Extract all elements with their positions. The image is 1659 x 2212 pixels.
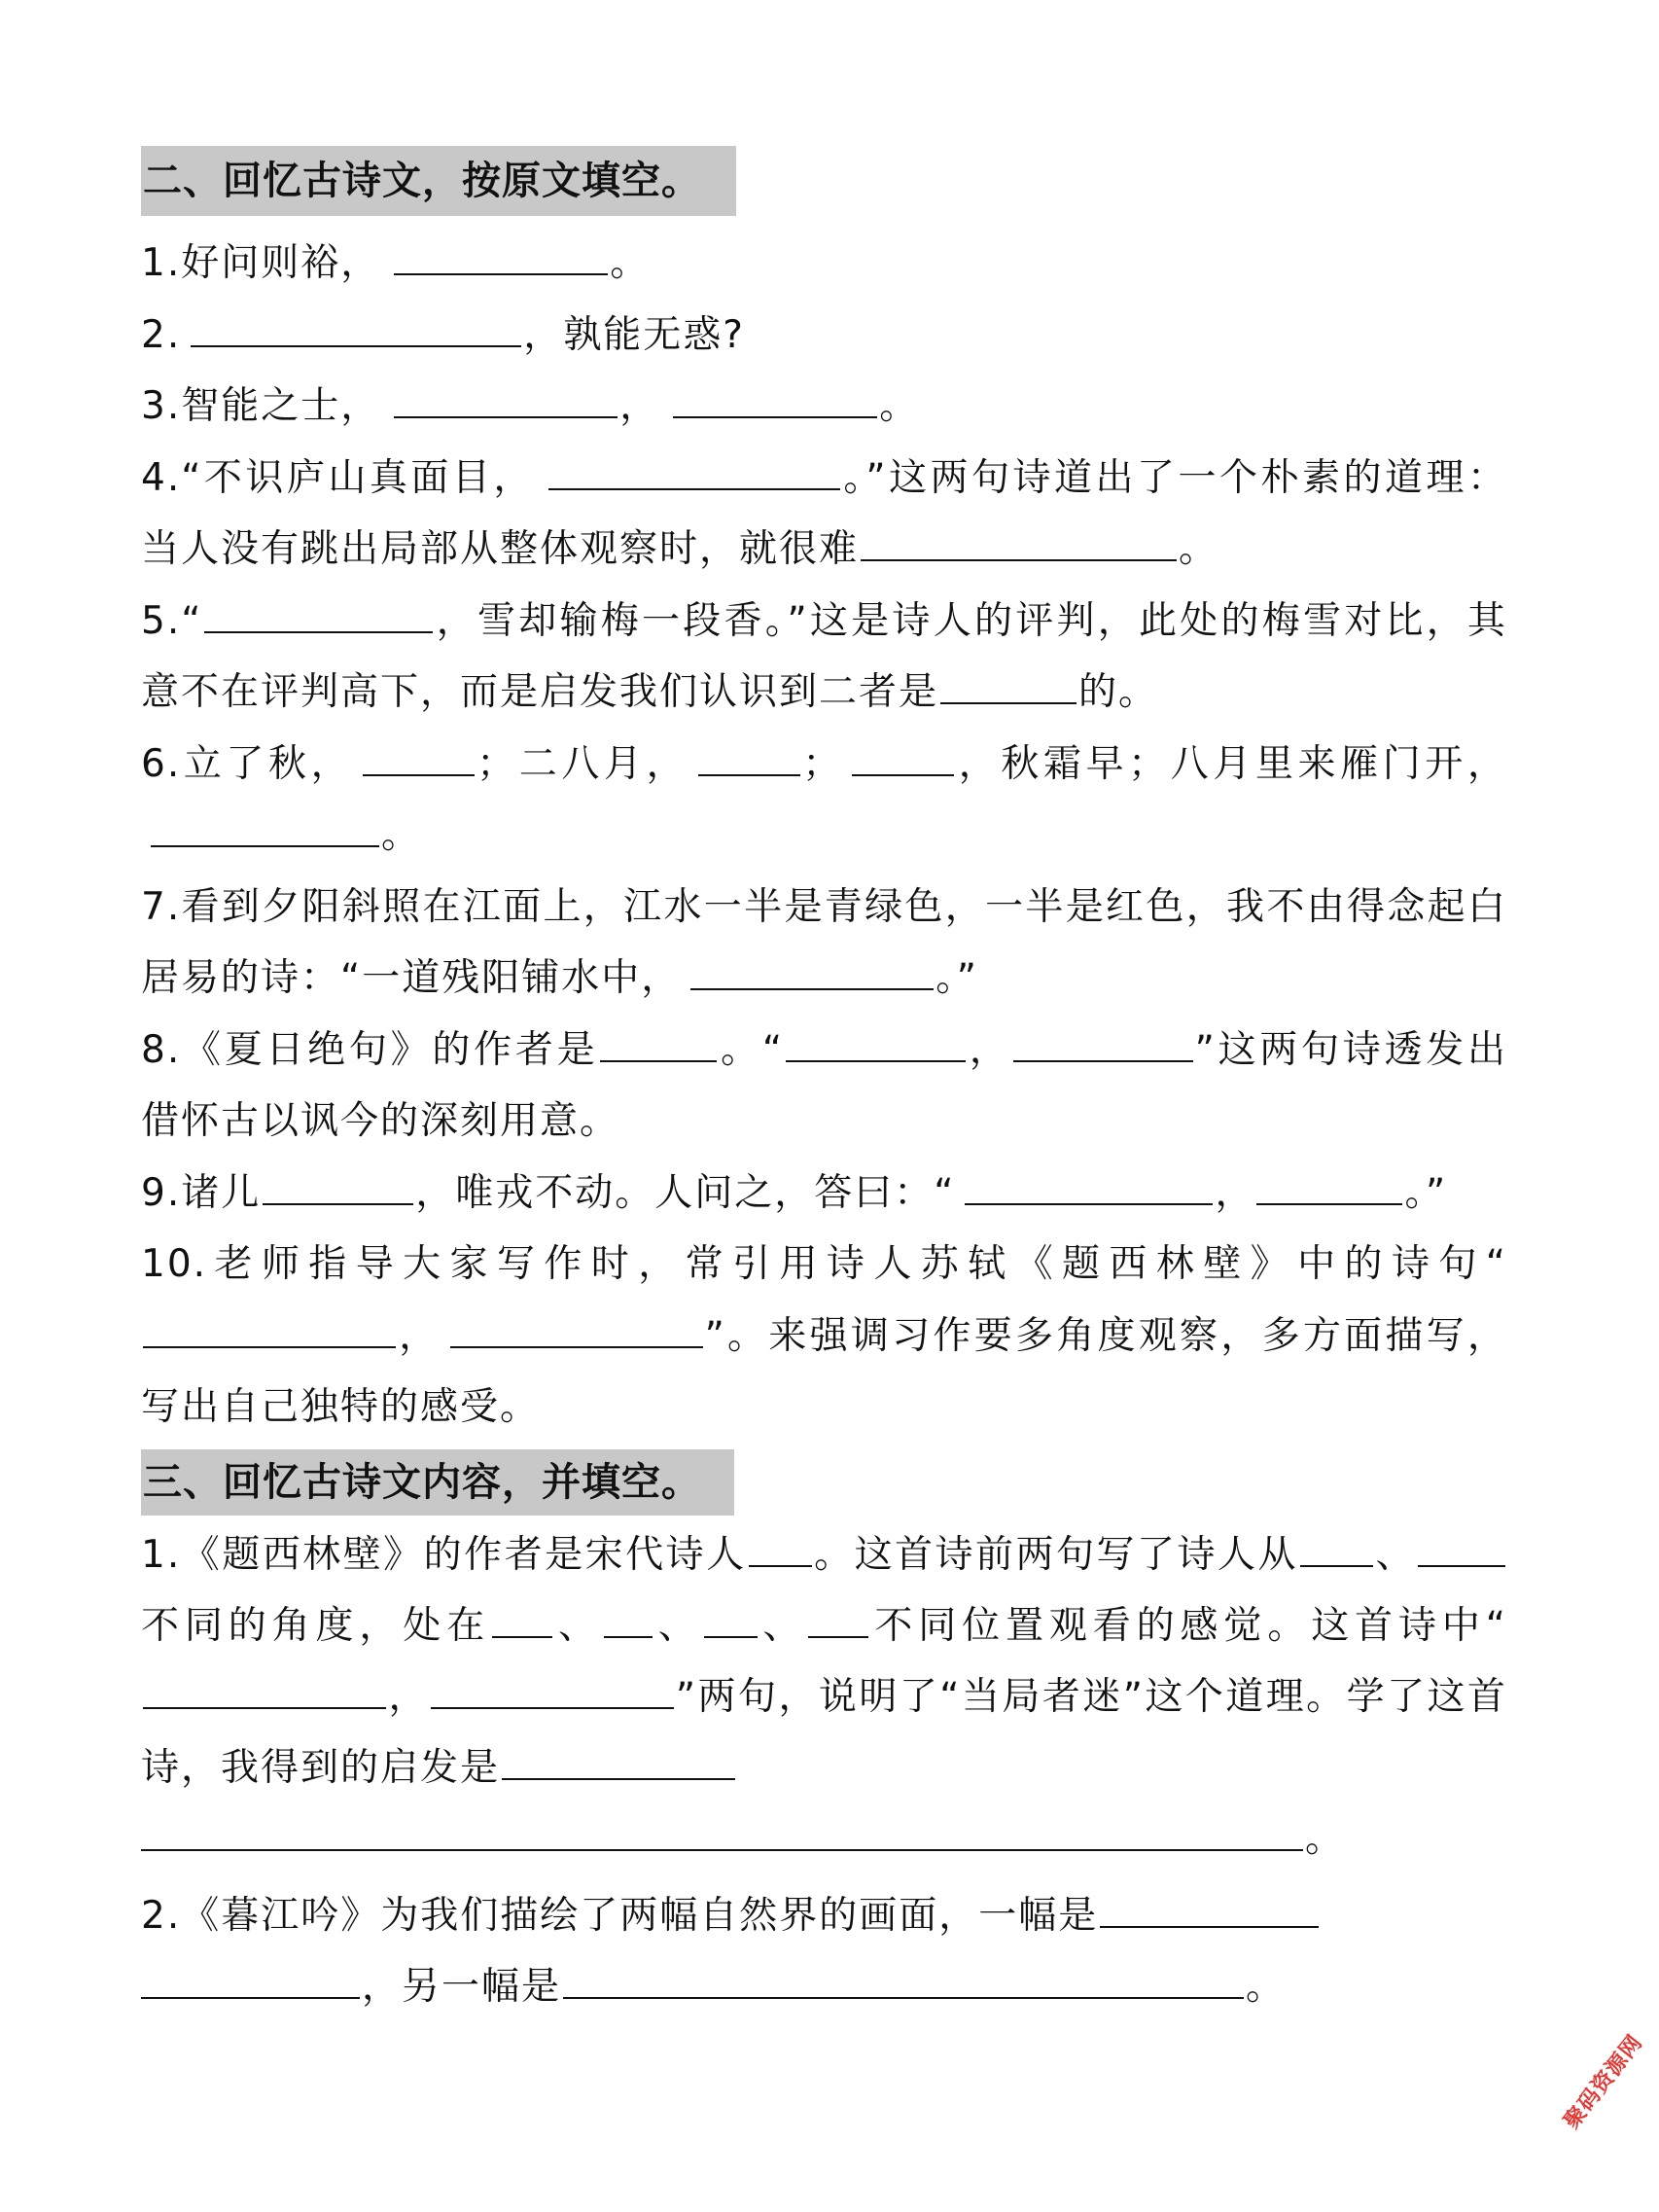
answer-blank[interactable] [600,1027,717,1062]
answer-blank[interactable] [704,1603,758,1638]
question-number: 2. [141,1894,181,1938]
answer-blank[interactable] [141,1964,360,1999]
question-number: 3. [141,384,181,428]
question-2-8: 8.《夏日绝句》的作者是。“，”这两句诗透发出借怀古以讽今的深刻用意。 [141,1015,1507,1158]
answer-blank[interactable] [143,1313,396,1348]
answer-blank[interactable] [852,741,954,776]
question-text: 。” [935,956,978,1000]
question-number: 1. [141,1533,181,1577]
question-text: ；二八月， [477,742,688,786]
question-text: 。 [1305,1817,1345,1861]
question-text: 的。 [1078,670,1158,714]
question-number: 1. [141,241,181,285]
answer-blank[interactable] [502,1745,735,1780]
section-3-heading: 三、回忆古诗文内容，并填空。 [141,1449,734,1516]
question-text: ， [398,1314,441,1358]
answer-line-wrap: ，另一幅是。 [141,1951,1507,2022]
question-text: 。 [1246,1965,1286,2009]
question-2-9: 9.诸儿，唯戎不动。人问之，答曰：“，。” [141,1158,1507,1230]
answer-blank[interactable] [394,240,608,275]
worksheet-page: 二、回忆古诗文，按原文填空。 1.好问则裕，。 2.，孰能无惑? 3.智能之士，… [141,146,1507,2022]
answer-blank[interactable] [861,526,1177,561]
answer-blank[interactable] [1013,1027,1193,1062]
question-text: 、 [654,1604,702,1648]
question-number: 9. [141,1171,181,1215]
question-2-3: 3.智能之士，，。 [141,371,1507,443]
question-2-1: 1.好问则裕，。 [141,228,1507,300]
question-2-5: 5.“，雪却输梅一段香。”这是诗人的评判，此处的梅雪对比，其意不在评判高下，而是… [141,586,1507,729]
answer-line-wrap: 。 [141,1803,1507,1874]
question-number: 5. [141,599,181,643]
question-text: 。 [1179,527,1218,571]
answer-blank[interactable] [394,383,618,418]
question-text: ； [802,742,842,786]
answer-blank[interactable] [431,1674,674,1709]
answer-blank[interactable] [965,1170,1213,1205]
question-text: ，唯戎不动。人问之，答曰：“ [415,1171,955,1215]
answer-blank[interactable] [786,1027,966,1062]
question-text: 、 [1375,1533,1416,1577]
answer-blank[interactable] [492,1603,552,1638]
question-text: 立了秋， [181,742,353,786]
answer-blank[interactable] [1256,1170,1402,1205]
question-number: 4. [141,456,181,500]
question-text: 。“ [719,1028,784,1072]
question-2-7: 7.看到夕阳斜照在江面上，江水一半是青绿色，一半是红色，我不由得念起白居易的诗：… [141,872,1507,1015]
answer-blank[interactable] [673,383,877,418]
question-text: ， [1215,1171,1254,1215]
question-number: 10. [141,1242,207,1286]
question-2-10: 10.老师指导大家写作时，常引用诗人苏轼《题西林壁》中的诗句“，”。来强调习作要… [141,1229,1507,1444]
section-3-body: 1.《题西林壁》的作者是宋代诗人。这首诗前两句写了诗人从、不同的角度，处在、、、… [141,1519,1507,2022]
answer-blank[interactable] [940,669,1077,704]
answer-blank[interactable] [698,741,800,776]
answer-blank[interactable] [204,598,433,633]
answer-blank[interactable] [263,1170,413,1205]
answer-blank[interactable] [749,1532,812,1567]
answer-blank[interactable] [563,1964,1244,1999]
question-text: 智能之士， [181,384,380,428]
answer-blank[interactable] [1100,1893,1319,1928]
question-text: 《暮江吟》为我们描绘了两幅自然界的画面，一幅是 [181,1894,1098,1938]
question-number: 8. [141,1028,181,1072]
question-text: 。 [879,384,919,428]
answer-blank[interactable] [450,1313,703,1348]
question-2-4: 4.“不识庐山真面目，。”这两句诗道出了一个朴素的道理：当人没有跳出局部从整体观… [141,443,1507,586]
answer-blank[interactable] [690,955,934,990]
answer-blank[interactable] [141,1816,1303,1851]
question-text: 好问则裕， [181,241,380,285]
answer-blank[interactable] [1300,1532,1373,1567]
answer-blank[interactable] [363,741,475,776]
section-2-heading: 二、回忆古诗文，按原文填空。 [141,146,736,216]
question-2-6: 6.立了秋，；二八月，；，秋霜早；八月里来雁门开，。 [141,729,1507,872]
question-text: ，秋霜早；八月里来雁门开， [956,742,1507,786]
question-text: ， [619,384,659,428]
answer-blank[interactable] [151,812,379,847]
question-3-2: 2.《暮江吟》为我们描绘了两幅自然界的画面，一幅是 ，另一幅是。 [141,1880,1507,2022]
question-text: 。 [381,813,421,857]
answer-blank[interactable] [808,1603,868,1638]
question-text: “ [181,599,202,643]
question-text: ， [388,1675,429,1719]
watermark: 聚码资源网 [1556,2027,1648,2134]
question-text: 老师指导大家写作时，常引用诗人苏轼《题西林壁》中的诗句“ [207,1242,1507,1286]
question-number: 7. [141,885,181,929]
question-text: 不同的角度，处在 [141,1604,490,1648]
question-text: “不识庐山真面目， [181,456,535,500]
answer-blank[interactable] [548,455,840,490]
question-text: ， [968,1028,1010,1072]
question-text: 。” [1404,1171,1447,1215]
question-text: 、 [759,1604,807,1648]
question-text: 不同位置观看的感觉。这首诗中“ [870,1604,1507,1648]
answer-blank[interactable] [191,312,521,347]
question-text: 《夏日绝句》的作者是 [181,1028,598,1072]
question-text: 《题西林壁》的作者是宋代诗人 [181,1533,746,1577]
question-number: 6. [141,742,181,786]
question-3-1: 1.《题西林壁》的作者是宋代诗人。这首诗前两句写了诗人从、不同的角度，处在、、、… [141,1519,1507,1874]
question-number: 2. [141,313,181,357]
answer-blank[interactable] [143,1674,386,1709]
question-text: 诸儿 [181,1171,261,1215]
question-text: ，孰能无惑? [523,313,745,357]
answer-blank[interactable] [1418,1532,1505,1567]
question-text: ，另一幅是 [362,1965,561,2009]
question-2-2: 2.，孰能无惑? [141,300,1507,372]
question-text: 、 [554,1604,602,1648]
question-text: 。 [610,241,650,285]
question-text: 。这首诗前两句写了诗人从 [814,1533,1298,1577]
answer-blank[interactable] [604,1603,653,1638]
